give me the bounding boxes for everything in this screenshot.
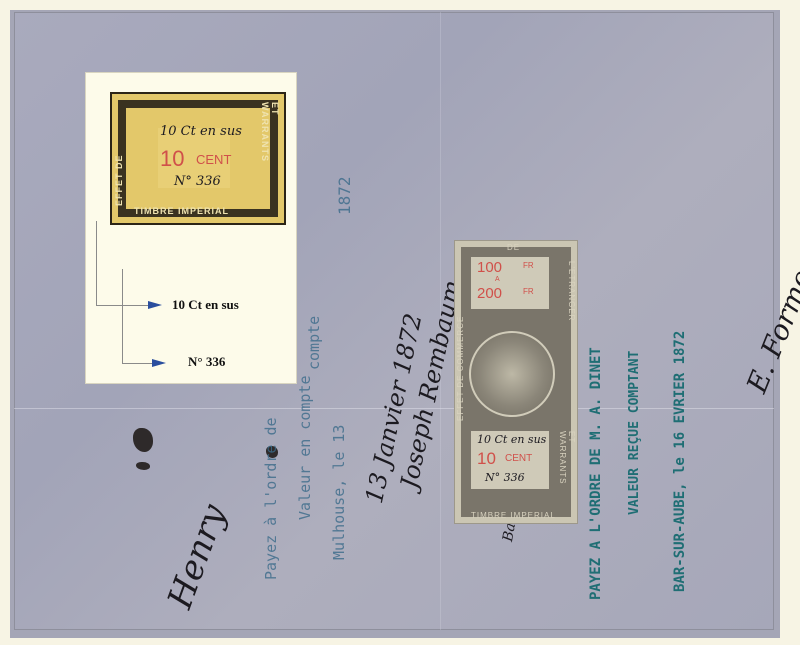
callout-line-2 <box>122 269 123 363</box>
ink-blot <box>136 462 150 470</box>
callout-line-2-h <box>122 363 152 364</box>
stamp-manuscript: 10 Ct en sus <box>477 433 546 446</box>
stamp-right-lower-text: ET WARRANTS <box>558 431 576 484</box>
stamp-manuscript-number: N° 336 <box>485 471 525 484</box>
stamp-value-bottom: 200 <box>477 285 502 302</box>
stamp-top-text: DE <box>507 243 520 252</box>
inset-manuscript-number: N° 336 <box>174 174 221 189</box>
stamp-value-panel: 100 FR A 200 FR <box>471 257 549 309</box>
teal-handstamp-line2: VALEUR REÇUE COMPTANT <box>627 351 642 515</box>
blue-handstamp-compte: compte <box>305 316 323 370</box>
teal-handstamp-line1: PAYEZ A L'ORDRE DE M. A. DINET <box>588 347 604 600</box>
callout-arrow-1 <box>148 301 162 309</box>
stamp-bottom-text: TIMBRE IMPERIAL <box>471 511 556 520</box>
callout-line-1 <box>96 221 97 306</box>
stamp-surcharge-value: 10 <box>477 449 496 469</box>
stamp-surcharge-panel: 10 Ct en sus 10 CENT N° 336 <box>471 431 549 489</box>
stamp-value-top: 100 <box>477 259 502 276</box>
stamp-left-text: EFFET DE COMMERCE <box>456 316 465 421</box>
inset-stamp-closeup: EFFET DE ET WARRANTS TIMBRE IMPERIAL 10 … <box>110 92 286 225</box>
blue-year-stamp: 1872 <box>335 176 354 215</box>
revenue-stamp: DE 100 FR A 200 FR 10 Ct en sus 10 CENT … <box>454 240 578 524</box>
stamp-fr-top: FR <box>523 261 534 270</box>
inset-stamp-right: ET WARRANTS <box>260 102 280 162</box>
inset-stamp-left: EFFET DE <box>114 154 124 206</box>
detail-inset: EFFET DE ET WARRANTS TIMBRE IMPERIAL 10 … <box>86 73 296 383</box>
inset-stamp-unit: CENT <box>196 152 231 167</box>
ink-blot <box>133 428 153 452</box>
blue-handstamp-line1: Payez à l'ordre de <box>262 417 280 580</box>
stamp-fr-bottom: FR <box>523 287 534 296</box>
teal-handstamp-line3: BAR-SUR-AUBE, le 16 EVRIER 1872 <box>672 331 688 592</box>
callout-label-2: N° 336 <box>188 354 225 370</box>
stamp-surcharge-unit: CENT <box>505 453 532 464</box>
stamp-a: A <box>495 276 500 283</box>
inset-stamp-value: 10 <box>160 146 184 172</box>
callout-arrow-2 <box>152 359 166 367</box>
stamp-portrait-medallion <box>469 331 555 417</box>
blue-handstamp-line3: Mulhouse, le 13 <box>330 425 348 560</box>
blue-handstamp-line2: Valeur en compte <box>296 376 314 521</box>
callout-label-1: 10 Ct en sus <box>172 297 239 313</box>
inset-stamp-bottom: TIMBRE IMPERIAL <box>134 206 229 216</box>
stamp-right-text: L'ETRANGER <box>567 261 576 321</box>
inset-manuscript: 10 Ct en sus <box>160 124 242 139</box>
